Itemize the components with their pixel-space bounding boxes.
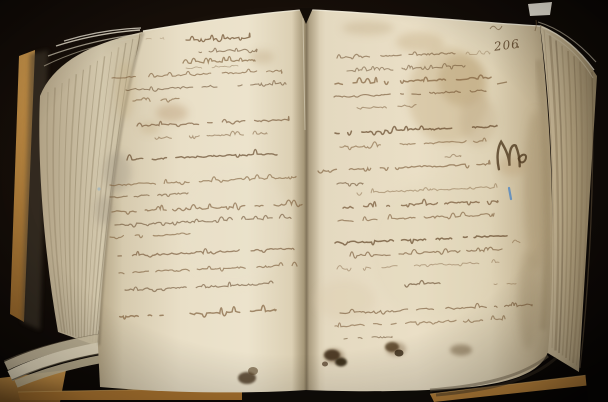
photo-scene: 206 <box>0 0 608 402</box>
book-photo: 206 <box>0 0 608 402</box>
vignette <box>0 0 608 402</box>
